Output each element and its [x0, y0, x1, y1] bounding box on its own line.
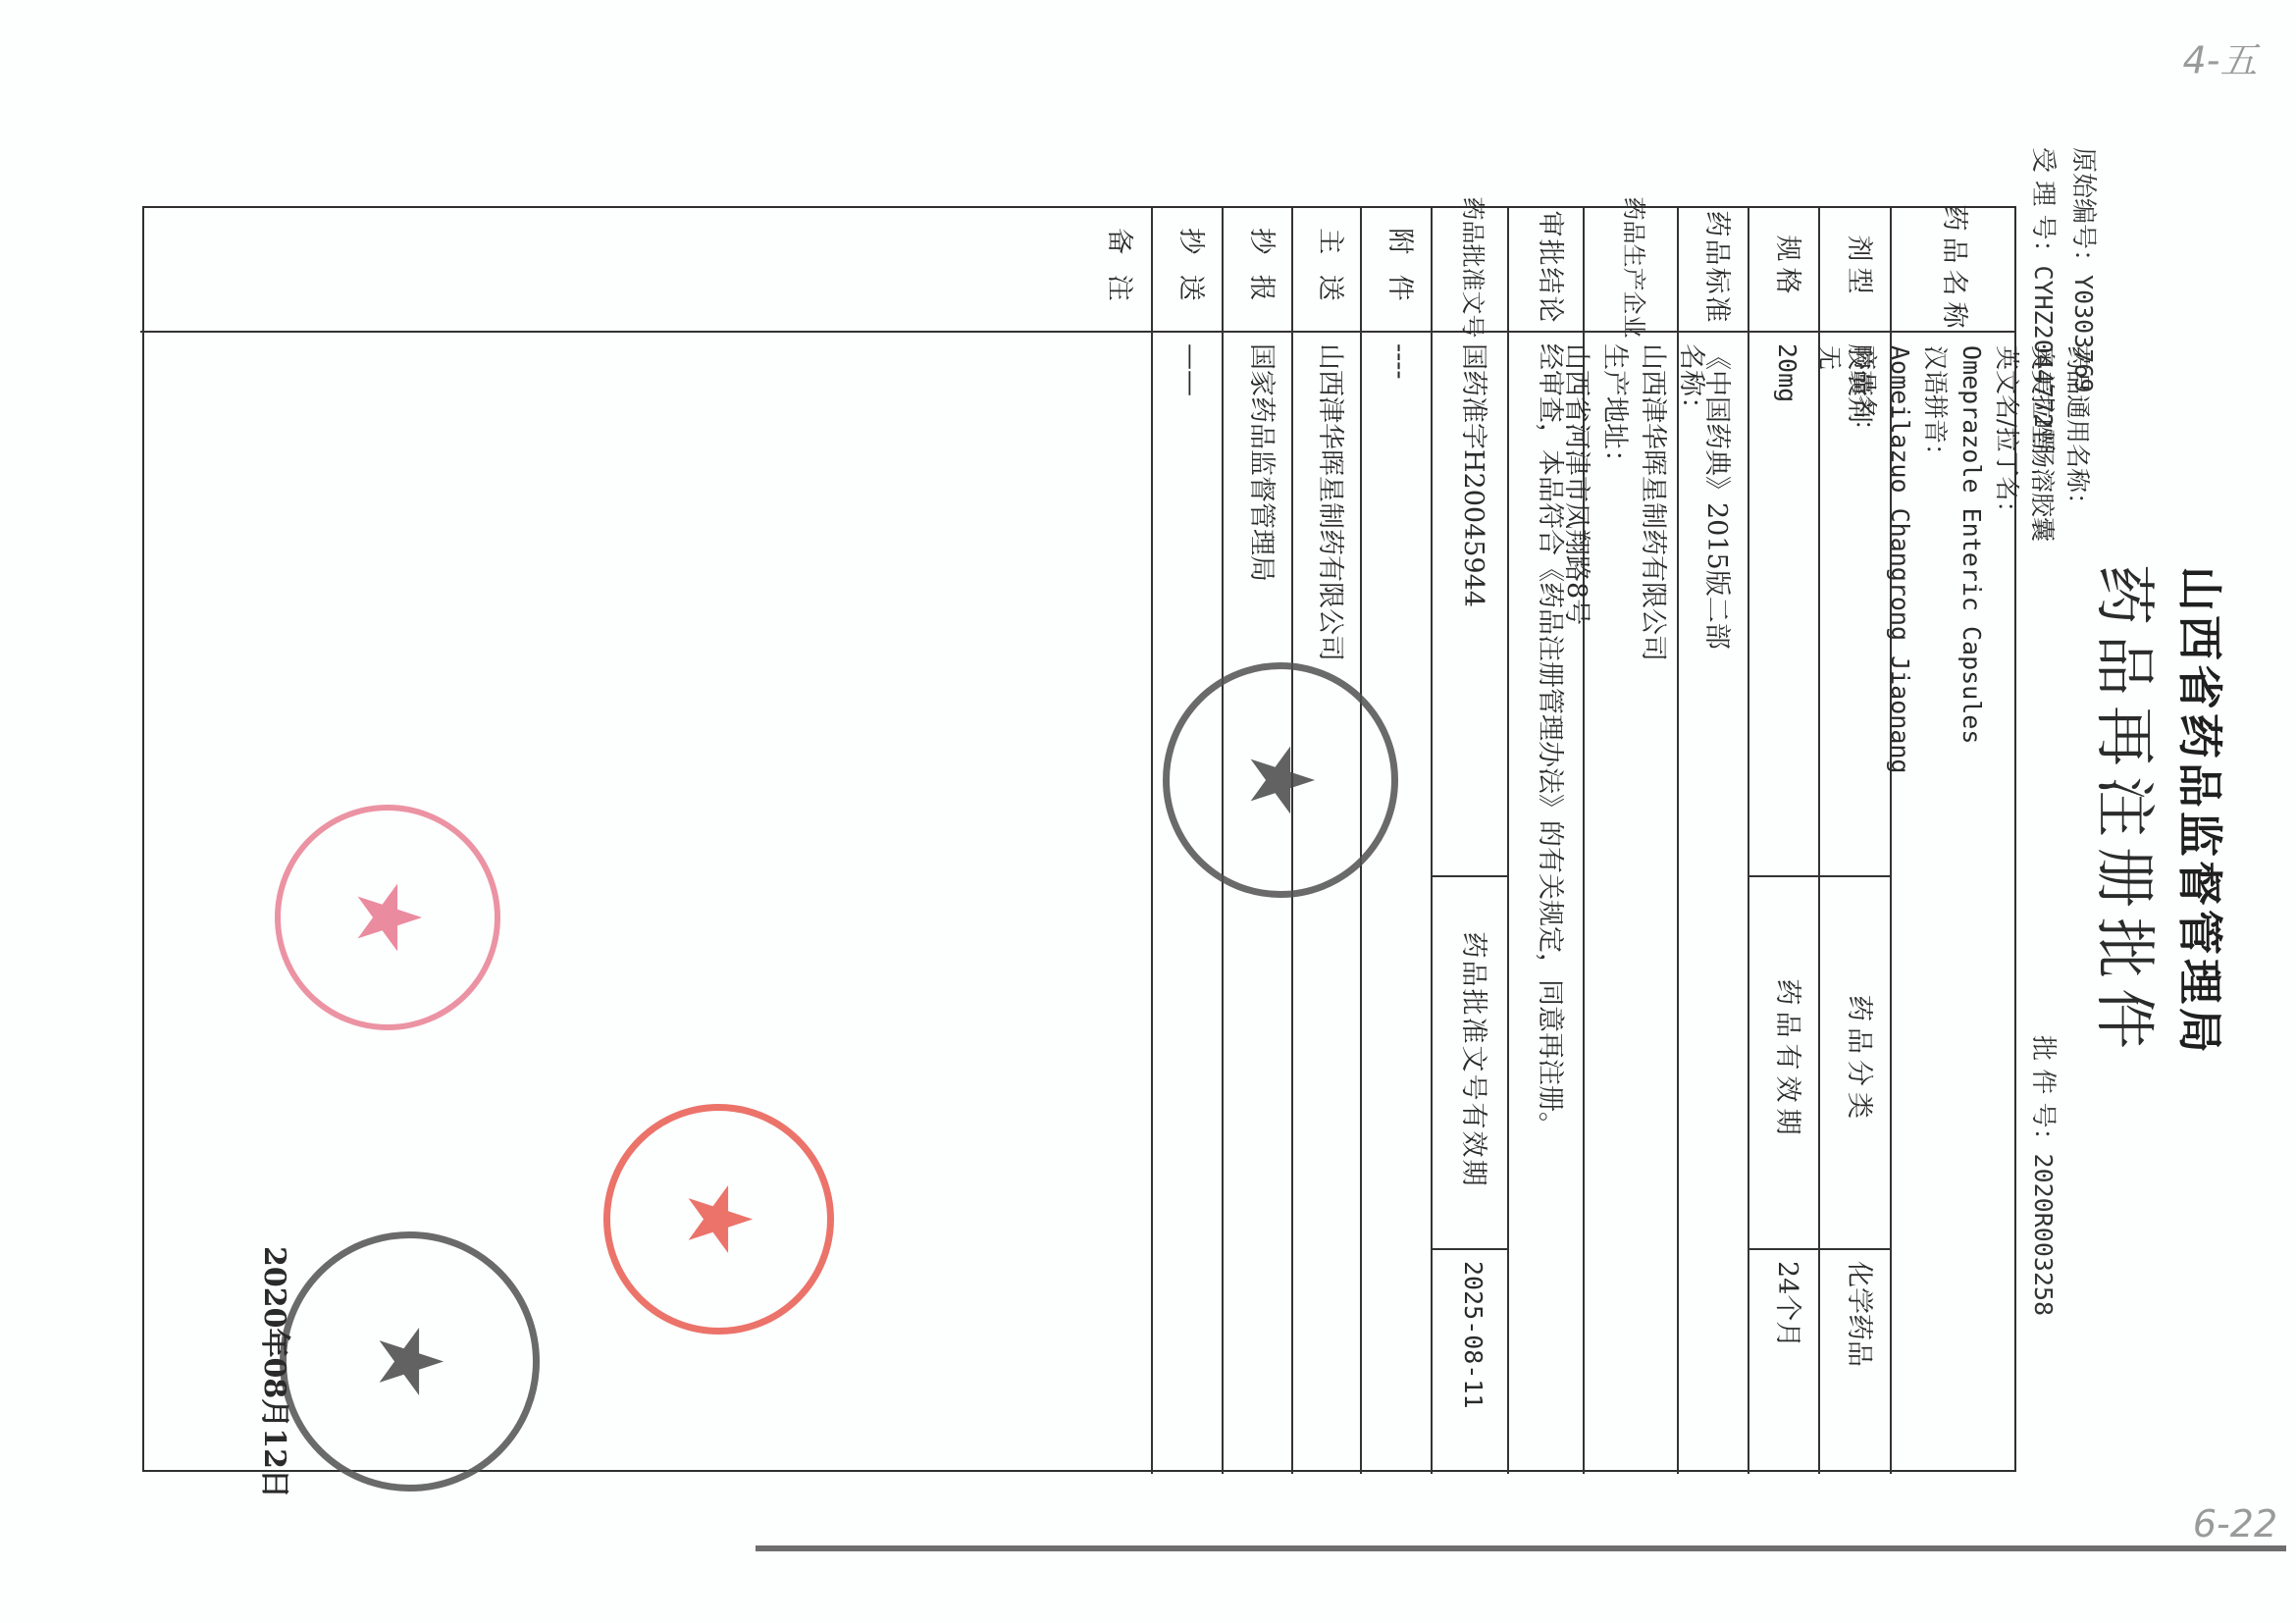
star-icon: ★: [366, 1322, 454, 1401]
hubei-seal: ★: [603, 1104, 834, 1335]
label-column-divider: [140, 331, 2014, 333]
handwritten-note-top: 4-五: [2183, 29, 2258, 83]
generic-name-label: 药品通用名称：: [2060, 345, 2095, 542]
original-number-label: 原始编号：: [2068, 147, 2098, 275]
drug-name-values: 药品通用名称：奥美拉唑肠溶胶囊 英文名/拉丁名：Omeprazole Enter…: [1892, 345, 2014, 1464]
star-icon: ★: [1236, 741, 1325, 820]
report-to-value: 国家药品监督管理局: [1226, 343, 1295, 1462]
english-name-label: 英文名/拉丁名：: [1989, 345, 2024, 744]
manufacturer-seal: ★: [1163, 662, 1398, 898]
manufacturer-label: 药品生产企业: [1587, 206, 1681, 329]
main-recipient-label: 主 送: [1295, 206, 1364, 329]
issue-date: 2020年08月12日: [256, 1246, 299, 1498]
shelf-life-value: 24个月: [1751, 1261, 1822, 1467]
scan-edge-line: [756, 1545, 2286, 1551]
approval-doc-number-label: 药品批准文号: [1435, 206, 1511, 329]
star-icon: ★: [343, 878, 432, 958]
generic-name-line: 药品通用名称：奥美拉唑肠溶胶囊: [2024, 345, 2096, 542]
approval-doc-number-value: 国药准字H20045944: [1435, 343, 1511, 864]
approval-validity-value: 2025-08-11: [1435, 1261, 1511, 1467]
english-name: Omeprazole Enteric Capsules: [1954, 345, 1989, 744]
split-column-divider: [1433, 1248, 1509, 1250]
report-to-label: 抄 报: [1226, 206, 1295, 329]
approval-number: 批 件 号：2020R003258: [2027, 1035, 2063, 1316]
specification-value: 20mg: [1751, 343, 1822, 864]
split-column-divider: [1749, 1248, 1892, 1250]
manufacturer-values: 名称：山西津华晖星制药有限公司 生产地址：山西省河津市凤翔路8号: [1587, 343, 1681, 1462]
manufacturer-name: 山西津华晖星制药有限公司: [1634, 343, 1672, 661]
drug-name-label: 药品名称: [1892, 208, 2014, 331]
issuer-seal: ★: [280, 1231, 540, 1492]
star-icon: ★: [675, 1179, 763, 1259]
english-name-line: 英文名/拉丁名：Omeprazole Enteric Capsules: [1954, 345, 2025, 744]
heilongjiang-seal: ★: [275, 805, 500, 1030]
dosage-form-label: 剂型: [1822, 206, 1894, 329]
acceptance-number-label: 受 理 号：: [2028, 147, 2058, 266]
main-recipient-value: 山西津华晖星制药有限公司: [1295, 343, 1364, 1462]
conclusion-value: 经审查，本品符合《药品注册管理办法》的有关规定，同意再注册。: [1511, 343, 1587, 1462]
manufacturer-name-line: 名称：山西津华晖星制药有限公司: [1634, 343, 1710, 661]
dosage-form-value: 胶囊剂: [1822, 343, 1894, 864]
approval-number-value: 2020R003258: [2029, 1154, 2058, 1317]
attachment-label: 附 件: [1364, 206, 1435, 329]
attachment-value: ----: [1364, 343, 1435, 1462]
handwritten-note-bottom: 6-22: [2193, 1502, 2277, 1545]
pinyin-label: 汉语拼音：: [1917, 345, 1953, 774]
manufacturer-name-label: 名称：: [1672, 343, 1710, 661]
approval-number-label: 批 件 号：: [2028, 1035, 2058, 1154]
conclusion-label: 审批结论: [1511, 206, 1587, 329]
copy-to-value: ——: [1155, 343, 1226, 1462]
approval-validity-label: 药品批准文号有效期: [1435, 873, 1511, 1246]
shelf-life-label: 药品有效期: [1751, 873, 1822, 1246]
drug-category-value: 化学药品: [1822, 1261, 1894, 1467]
issuing-organization: 山西省药品监督管理局: [2170, 0, 2235, 1623]
generic-name: 奥美拉唑肠溶胶囊: [2024, 345, 2060, 542]
document-page: 山西省药品监督管理局 药品再注册批件 原始编号：Y0303769 受 理 号：C…: [0, 0, 2296, 1623]
remarks-value: [1081, 343, 1155, 1462]
drug-standard-label: 药品标准: [1681, 206, 1751, 329]
specification-label: 规格: [1751, 206, 1822, 329]
remarks-label: 备 注: [1081, 206, 1155, 329]
copy-to-label: 抄 送: [1155, 206, 1226, 329]
manufacturer-address-label: 生产地址：: [1595, 343, 1634, 625]
drug-category-label: 药品分类: [1822, 873, 1894, 1246]
